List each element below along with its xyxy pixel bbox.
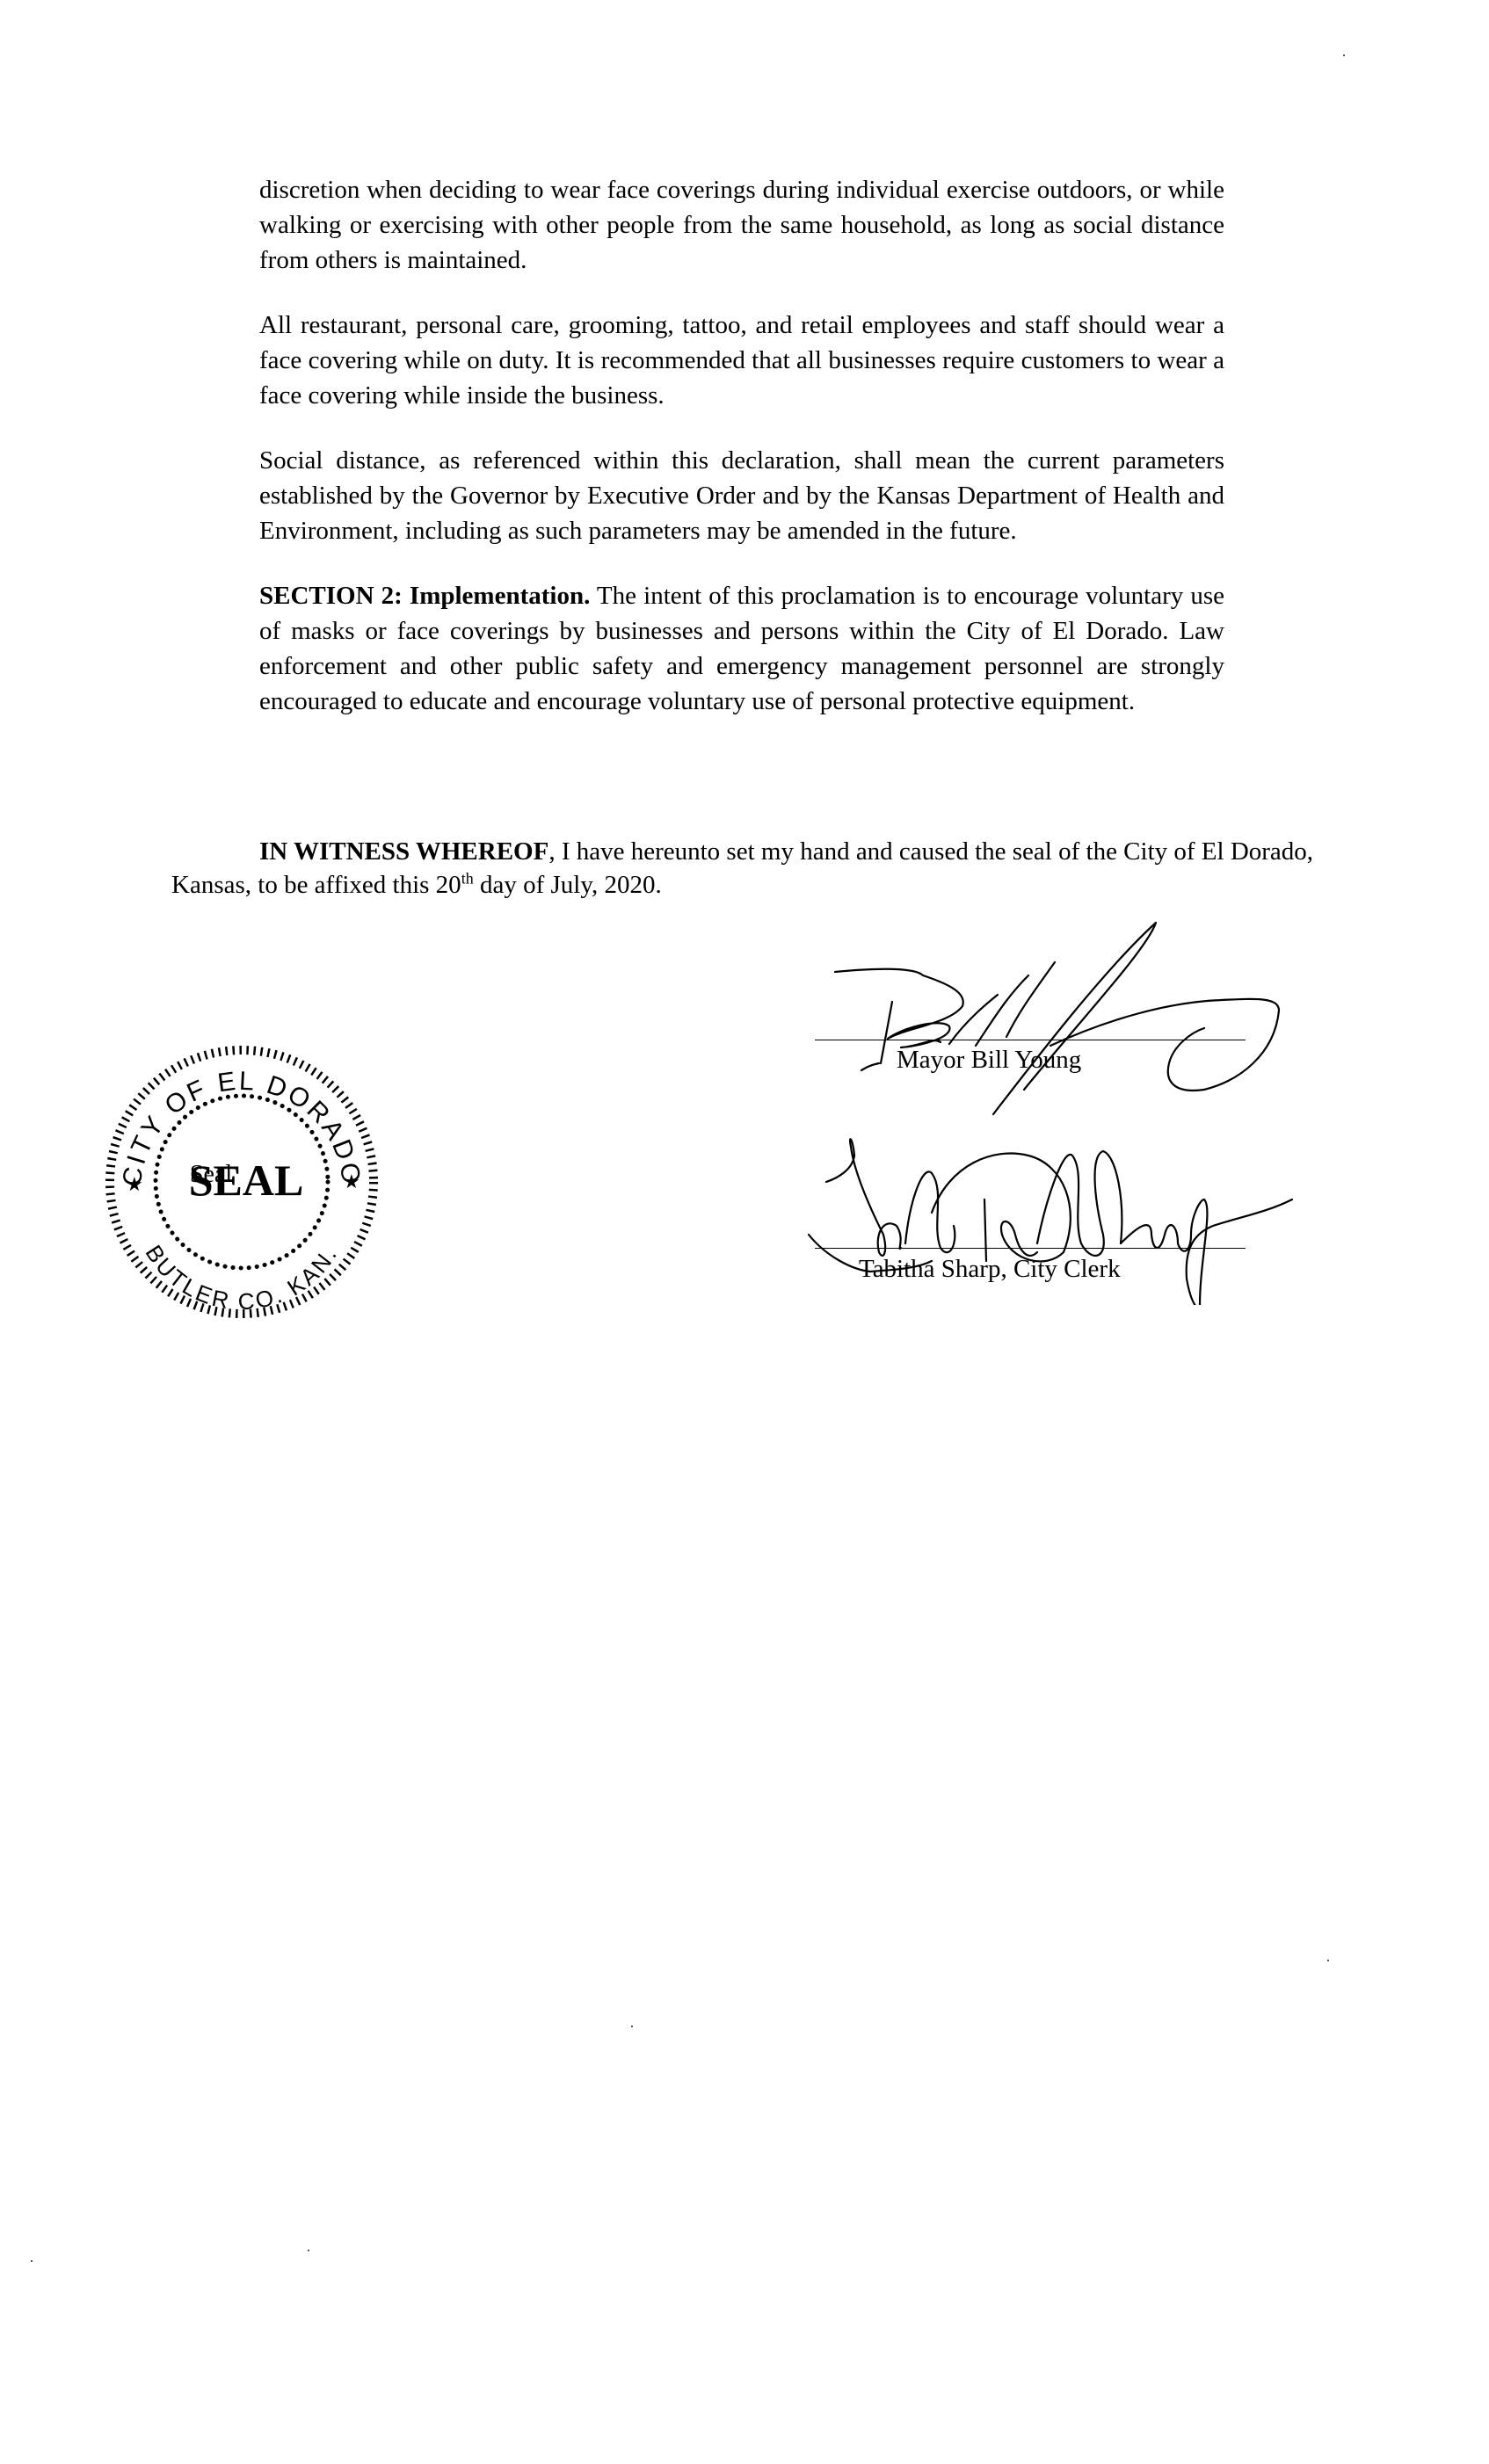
clerk-signature-line — [815, 1248, 1246, 1249]
section-heading: SECTION 2: Implementation. — [259, 582, 590, 610]
document-page: discretion when deciding to wear face co… — [0, 0, 1489, 2464]
scan-speck — [1327, 1960, 1329, 1961]
mayor-name-label: Mayor Bill Young — [897, 1046, 1081, 1075]
seal-star-right-icon: ★ — [343, 1170, 360, 1192]
seal-star-left-icon: ★ — [126, 1173, 143, 1195]
body-text: discretion when deciding to wear face co… — [259, 172, 1224, 749]
scan-speck — [308, 2250, 309, 2251]
clerk-name-label: Tabitha Sharp, City Clerk — [859, 1255, 1121, 1284]
paragraph-social-distance-definition: Social distance, as referenced within th… — [259, 443, 1224, 548]
city-seal-icon: CITY OF EL DORADO BUTLER CO. KAN. ★ ★ SE… — [97, 1037, 387, 1327]
paragraph-exercise-discretion: discretion when deciding to wear face co… — [259, 172, 1224, 278]
witness-clause: IN WITNESS WHEREOF, I have hereunto set … — [171, 835, 1314, 902]
scan-speck — [31, 2260, 33, 2262]
seal-center-small-text: Seal — [190, 1161, 232, 1188]
scan-speck — [631, 2026, 633, 2027]
paragraph-employee-face-covering: All restaurant, personal care, grooming,… — [259, 308, 1224, 413]
mayor-signature-line — [815, 1040, 1246, 1040]
mayor-signature-icon — [817, 914, 1362, 1134]
scan-speck — [1343, 54, 1345, 56]
seal-bottom-text: BUTLER CO. KAN. — [141, 1240, 344, 1315]
paragraph-section-2-implementation: SECTION 2: Implementation. The intent of… — [259, 578, 1224, 719]
